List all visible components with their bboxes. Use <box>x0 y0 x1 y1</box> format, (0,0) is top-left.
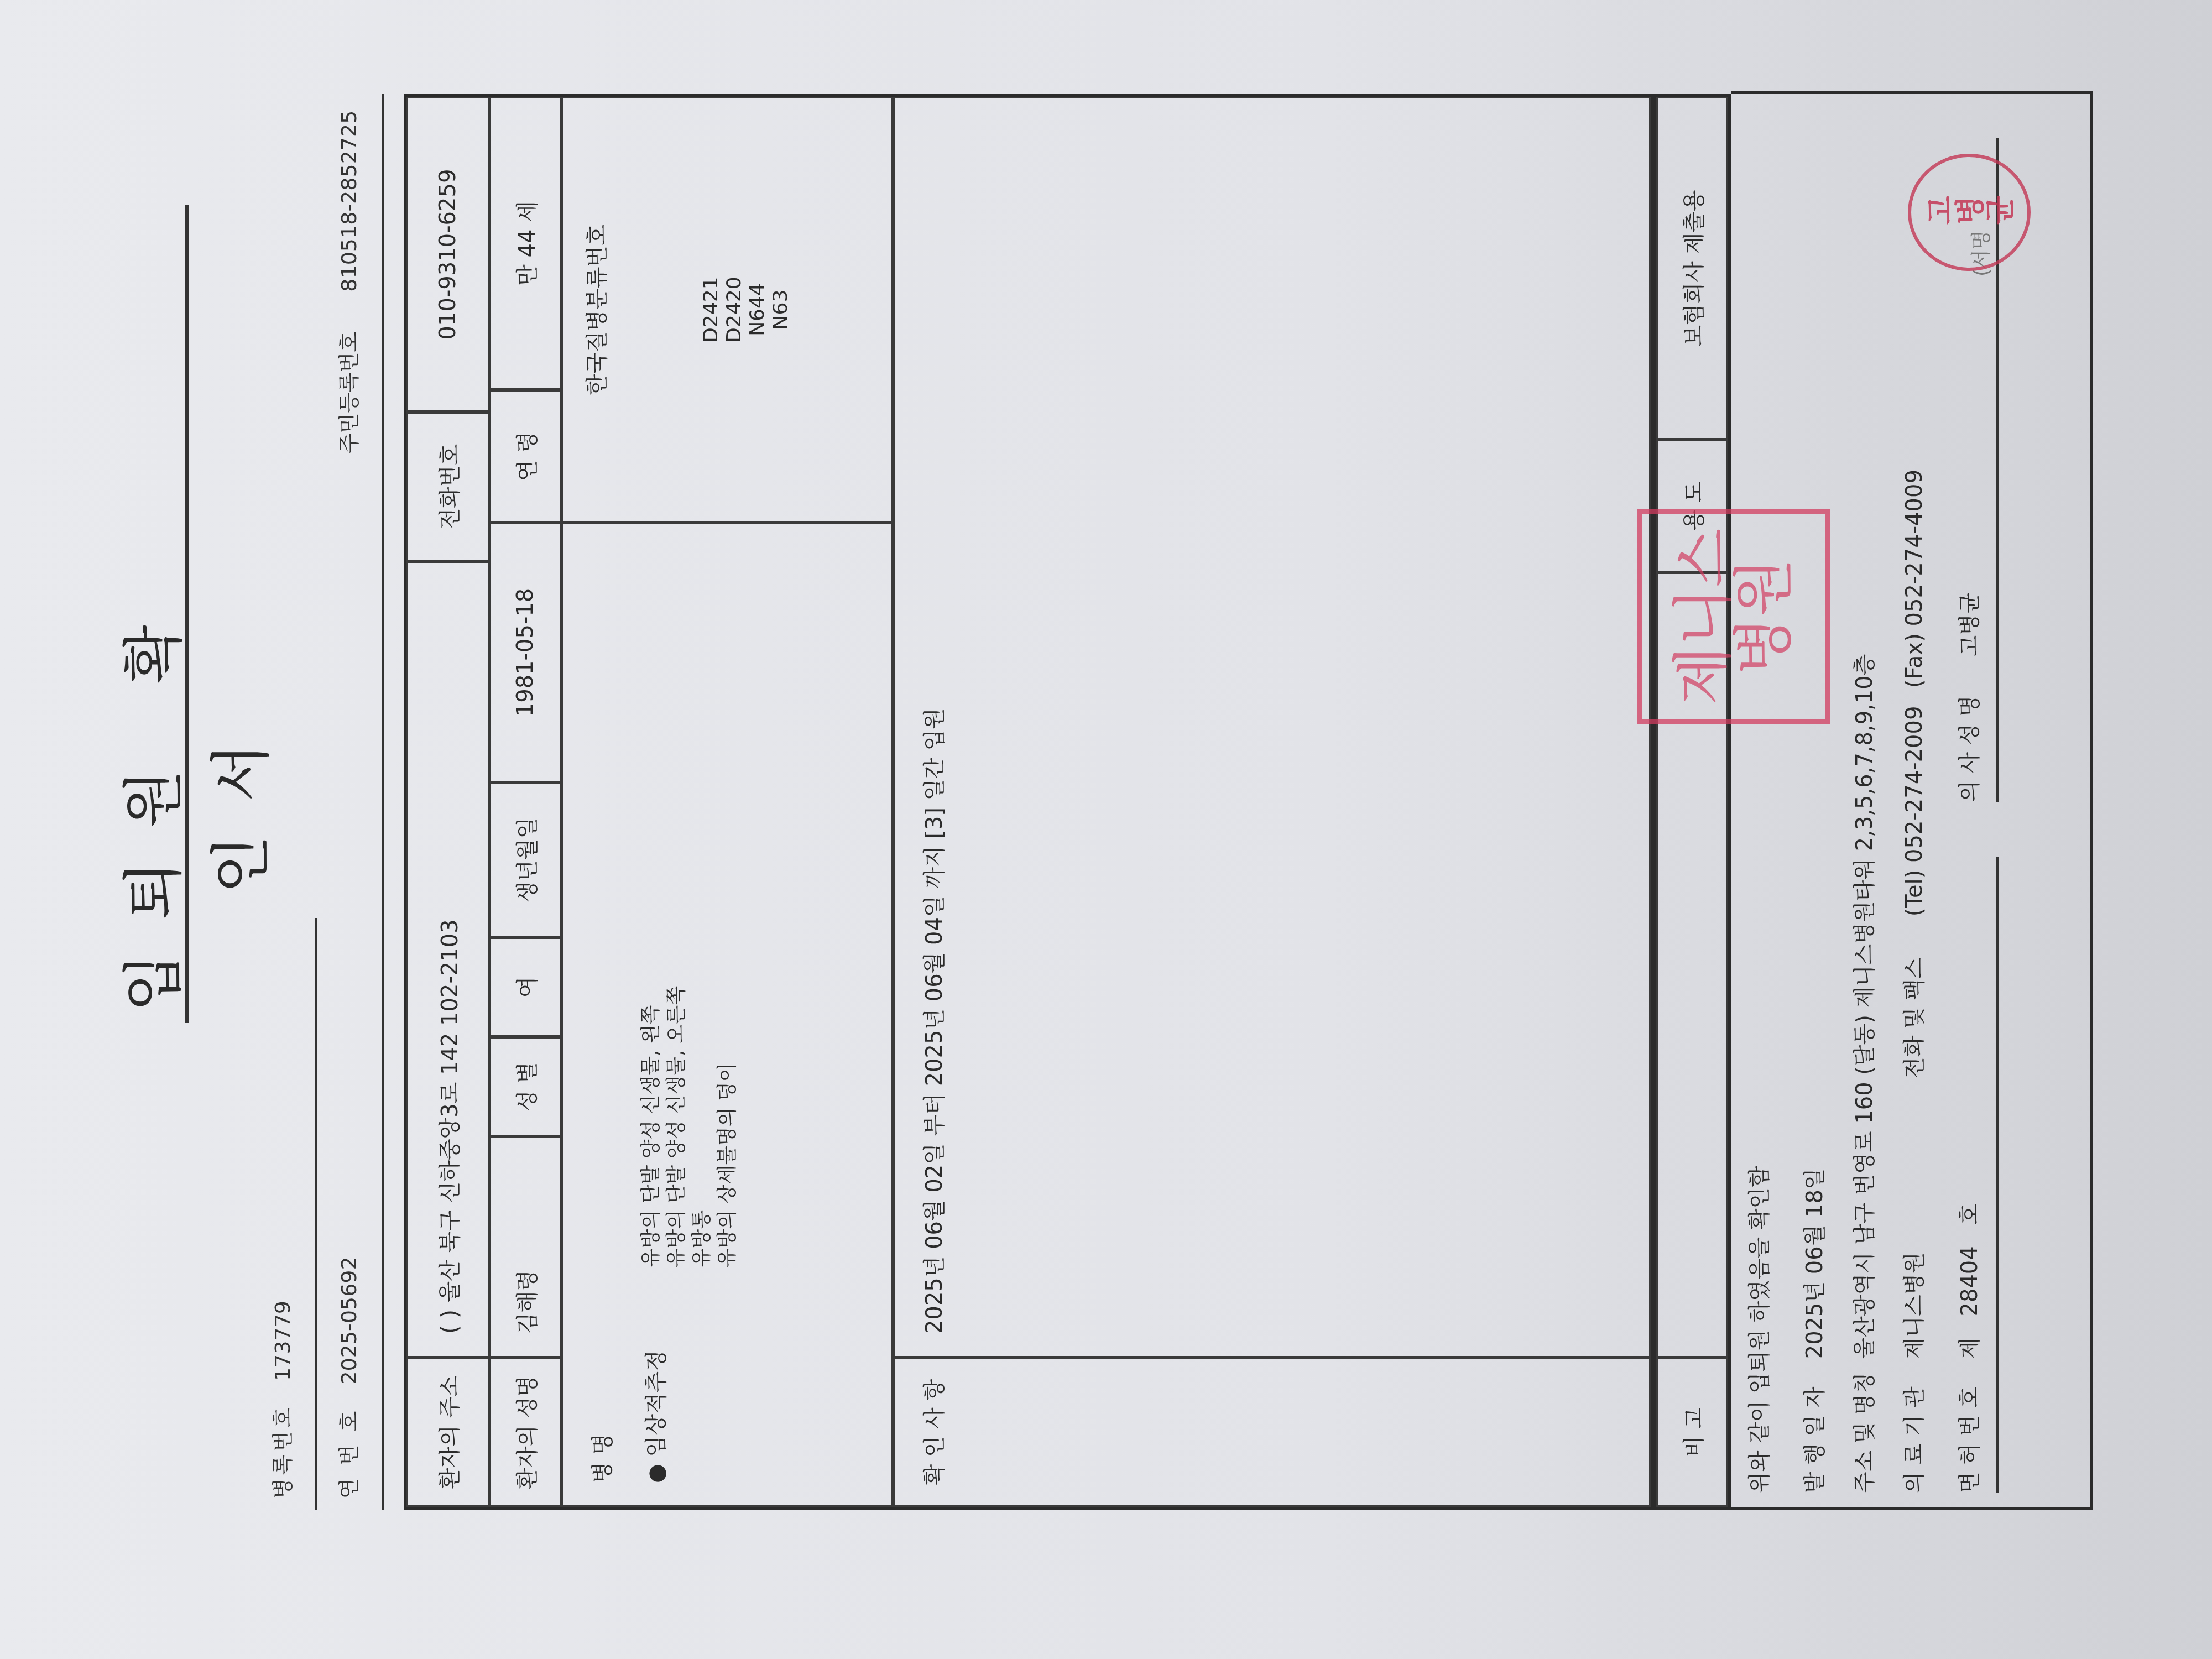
institution-row: 의 료 기 관 제니스병원 <box>1897 1252 1928 1493</box>
code-header: 한국질병분류번호 <box>580 224 611 395</box>
doctor-value: 고병균 <box>1957 592 1983 656</box>
birth-value: 1981-05-18 <box>489 523 561 782</box>
diagnosis-code: N63 <box>769 276 792 342</box>
purpose-value: 보험회사 제출용 <box>1656 97 1728 440</box>
confirmation-text: 2025년 06월 02일 부터 2025년 06월 04일 까지 [3] 일간… <box>893 97 1651 1358</box>
divider <box>315 918 317 1510</box>
doctor-label: 의 사 성 명 <box>1952 664 1984 802</box>
diagnosis-code: D2420 <box>723 276 746 342</box>
diagnosis-code: D2421 <box>700 276 723 342</box>
code-cell: 한국질병분류번호 D2421D2420N644N63 <box>561 97 893 523</box>
hospital-address-row: 주소 및 명칭 울산광역시 남구 번영로 160 (달동) 제니스병원타워 2,… <box>1847 654 1879 1493</box>
phone-label: 전화번호 <box>406 412 489 561</box>
diagnosis-type: ● 임상적추정 <box>639 1301 740 1483</box>
contact-row: 전화 및 팩스 (Tel) 052-274-2009 (Fax) 052-274… <box>1897 469 1928 1078</box>
diagnosis-cell: 병 명 ● 임상적추정 유방의 단발 양성 신생물, 왼쪽유방의 단발 양성 신… <box>561 523 893 1507</box>
fax-value: (Fax) 052-274-4009 <box>1902 469 1927 688</box>
registration-number-row: 병록번호 173779 <box>265 1301 296 1499</box>
frame-bottom <box>2090 91 2093 1510</box>
photo-background: 입퇴원 확인서 병록번호 173779 연 번 호 2025-05692 주민등… <box>0 0 2212 1659</box>
age-label: 연 령 <box>489 390 561 523</box>
divider <box>382 94 384 1510</box>
license-label: 면 허 번 호 <box>1952 1366 1984 1493</box>
contact-label: 전화 및 팩스 <box>1897 924 1928 1078</box>
remarks-table: 비 고 용 도 보험회사 제출용 <box>1653 94 1731 1510</box>
doctor-seal-text: 고병균 <box>1924 191 2014 234</box>
doctor-seal-stamp: 고병균 <box>1908 154 2031 271</box>
birth-label: 생년월일 <box>489 782 561 937</box>
doctor-row: 의 사 성 명 고병균 <box>1952 592 1984 802</box>
diagnosis-item: 유방의 단발 양성 신생물, 오른쪽 <box>664 986 690 1267</box>
certificate-page: 입퇴원 확인서 병록번호 173779 연 번 호 2025-05692 주민등… <box>0 0 2212 1659</box>
resident-id-value: 810518-2852725 <box>337 111 361 292</box>
sex-label: 성 별 <box>489 1037 561 1136</box>
license-underline <box>1996 857 1999 1493</box>
page-title: 입퇴원 확인서 <box>105 553 280 1051</box>
diagnosis-code: N644 <box>746 276 769 342</box>
institution-label: 의 료 기 관 <box>1897 1366 1928 1493</box>
title-underline <box>185 205 189 1023</box>
name-label: 환자의 성명 <box>489 1358 561 1507</box>
hospital-seal-stamp: 제니스병원 <box>1637 509 1830 724</box>
license-value: 제 28404 호 <box>1957 1203 1983 1359</box>
diagnosis-item: 유방통 <box>690 986 715 1267</box>
hospital-address-label: 주소 및 명칭 <box>1847 1366 1879 1493</box>
remarks-label: 비 고 <box>1656 1358 1728 1507</box>
age-value: 만 44 세 <box>489 97 561 390</box>
serial-number-label: 연 번 호 <box>332 1408 362 1499</box>
license-row: 면 허 번 호 제 28404 호 <box>1952 1203 1984 1493</box>
issue-date-label: 발 행 일 자 <box>1797 1366 1829 1493</box>
diagnosis-names: 유방의 단발 양성 신생물, 왼쪽유방의 단발 양성 신생물, 오른쪽유방통유방… <box>639 986 740 1267</box>
resident-id-label: 주민등록번호 <box>337 332 361 453</box>
certificate-table: 환자의 주소 ( ) 울산 북구 신하중앙3로 142 102-2103 전화번… <box>404 94 1653 1510</box>
issuance-statement: 위와 같이 입퇴원 하였음을 확인함 <box>1742 1166 1773 1493</box>
serial-number-value: 2025-05692 <box>337 1256 361 1384</box>
sex-value: 여 <box>489 937 561 1037</box>
name-value: 김해령 <box>489 1136 561 1358</box>
frame-left <box>1731 1507 2090 1510</box>
registration-number-value: 173779 <box>270 1301 295 1381</box>
address-value: ( ) 울산 북구 신하중앙3로 142 102-2103 <box>406 561 489 1358</box>
address-label: 환자의 주소 <box>406 1358 489 1507</box>
tel-value: (Tel) 052-274-2009 <box>1902 706 1927 917</box>
confirmation-label: 확 인 사 항 <box>893 1358 1651 1507</box>
phone-value: 010-9310-6259 <box>406 97 489 412</box>
diagnosis-label: 병 명 <box>585 1350 617 1483</box>
diagnosis-item: 유방의 단발 양성 신생물, 왼쪽 <box>639 986 664 1267</box>
issue-date-value: 2025년 06월 18일 <box>1802 1168 1828 1359</box>
frame-right <box>1731 91 2090 94</box>
institution-value: 제니스병원 <box>1902 1252 1927 1359</box>
diagnosis-codes: D2421D2420N644N63 <box>700 276 792 342</box>
registration-number-label: 병록번호 <box>265 1404 296 1499</box>
serial-number-row: 연 번 호 2025-05692 <box>332 1256 362 1499</box>
resident-id-row: 주민등록번호 810518-2852725 <box>332 111 362 453</box>
hospital-address-value: 울산광역시 남구 번영로 160 (달동) 제니스병원타워 2,3,5,6,7,… <box>1852 654 1877 1359</box>
issue-date-row: 발 행 일 자 2025년 06월 18일 <box>1797 1168 1829 1493</box>
diagnosis-item: 유방의 상세불명의 덩이 <box>715 986 740 1267</box>
